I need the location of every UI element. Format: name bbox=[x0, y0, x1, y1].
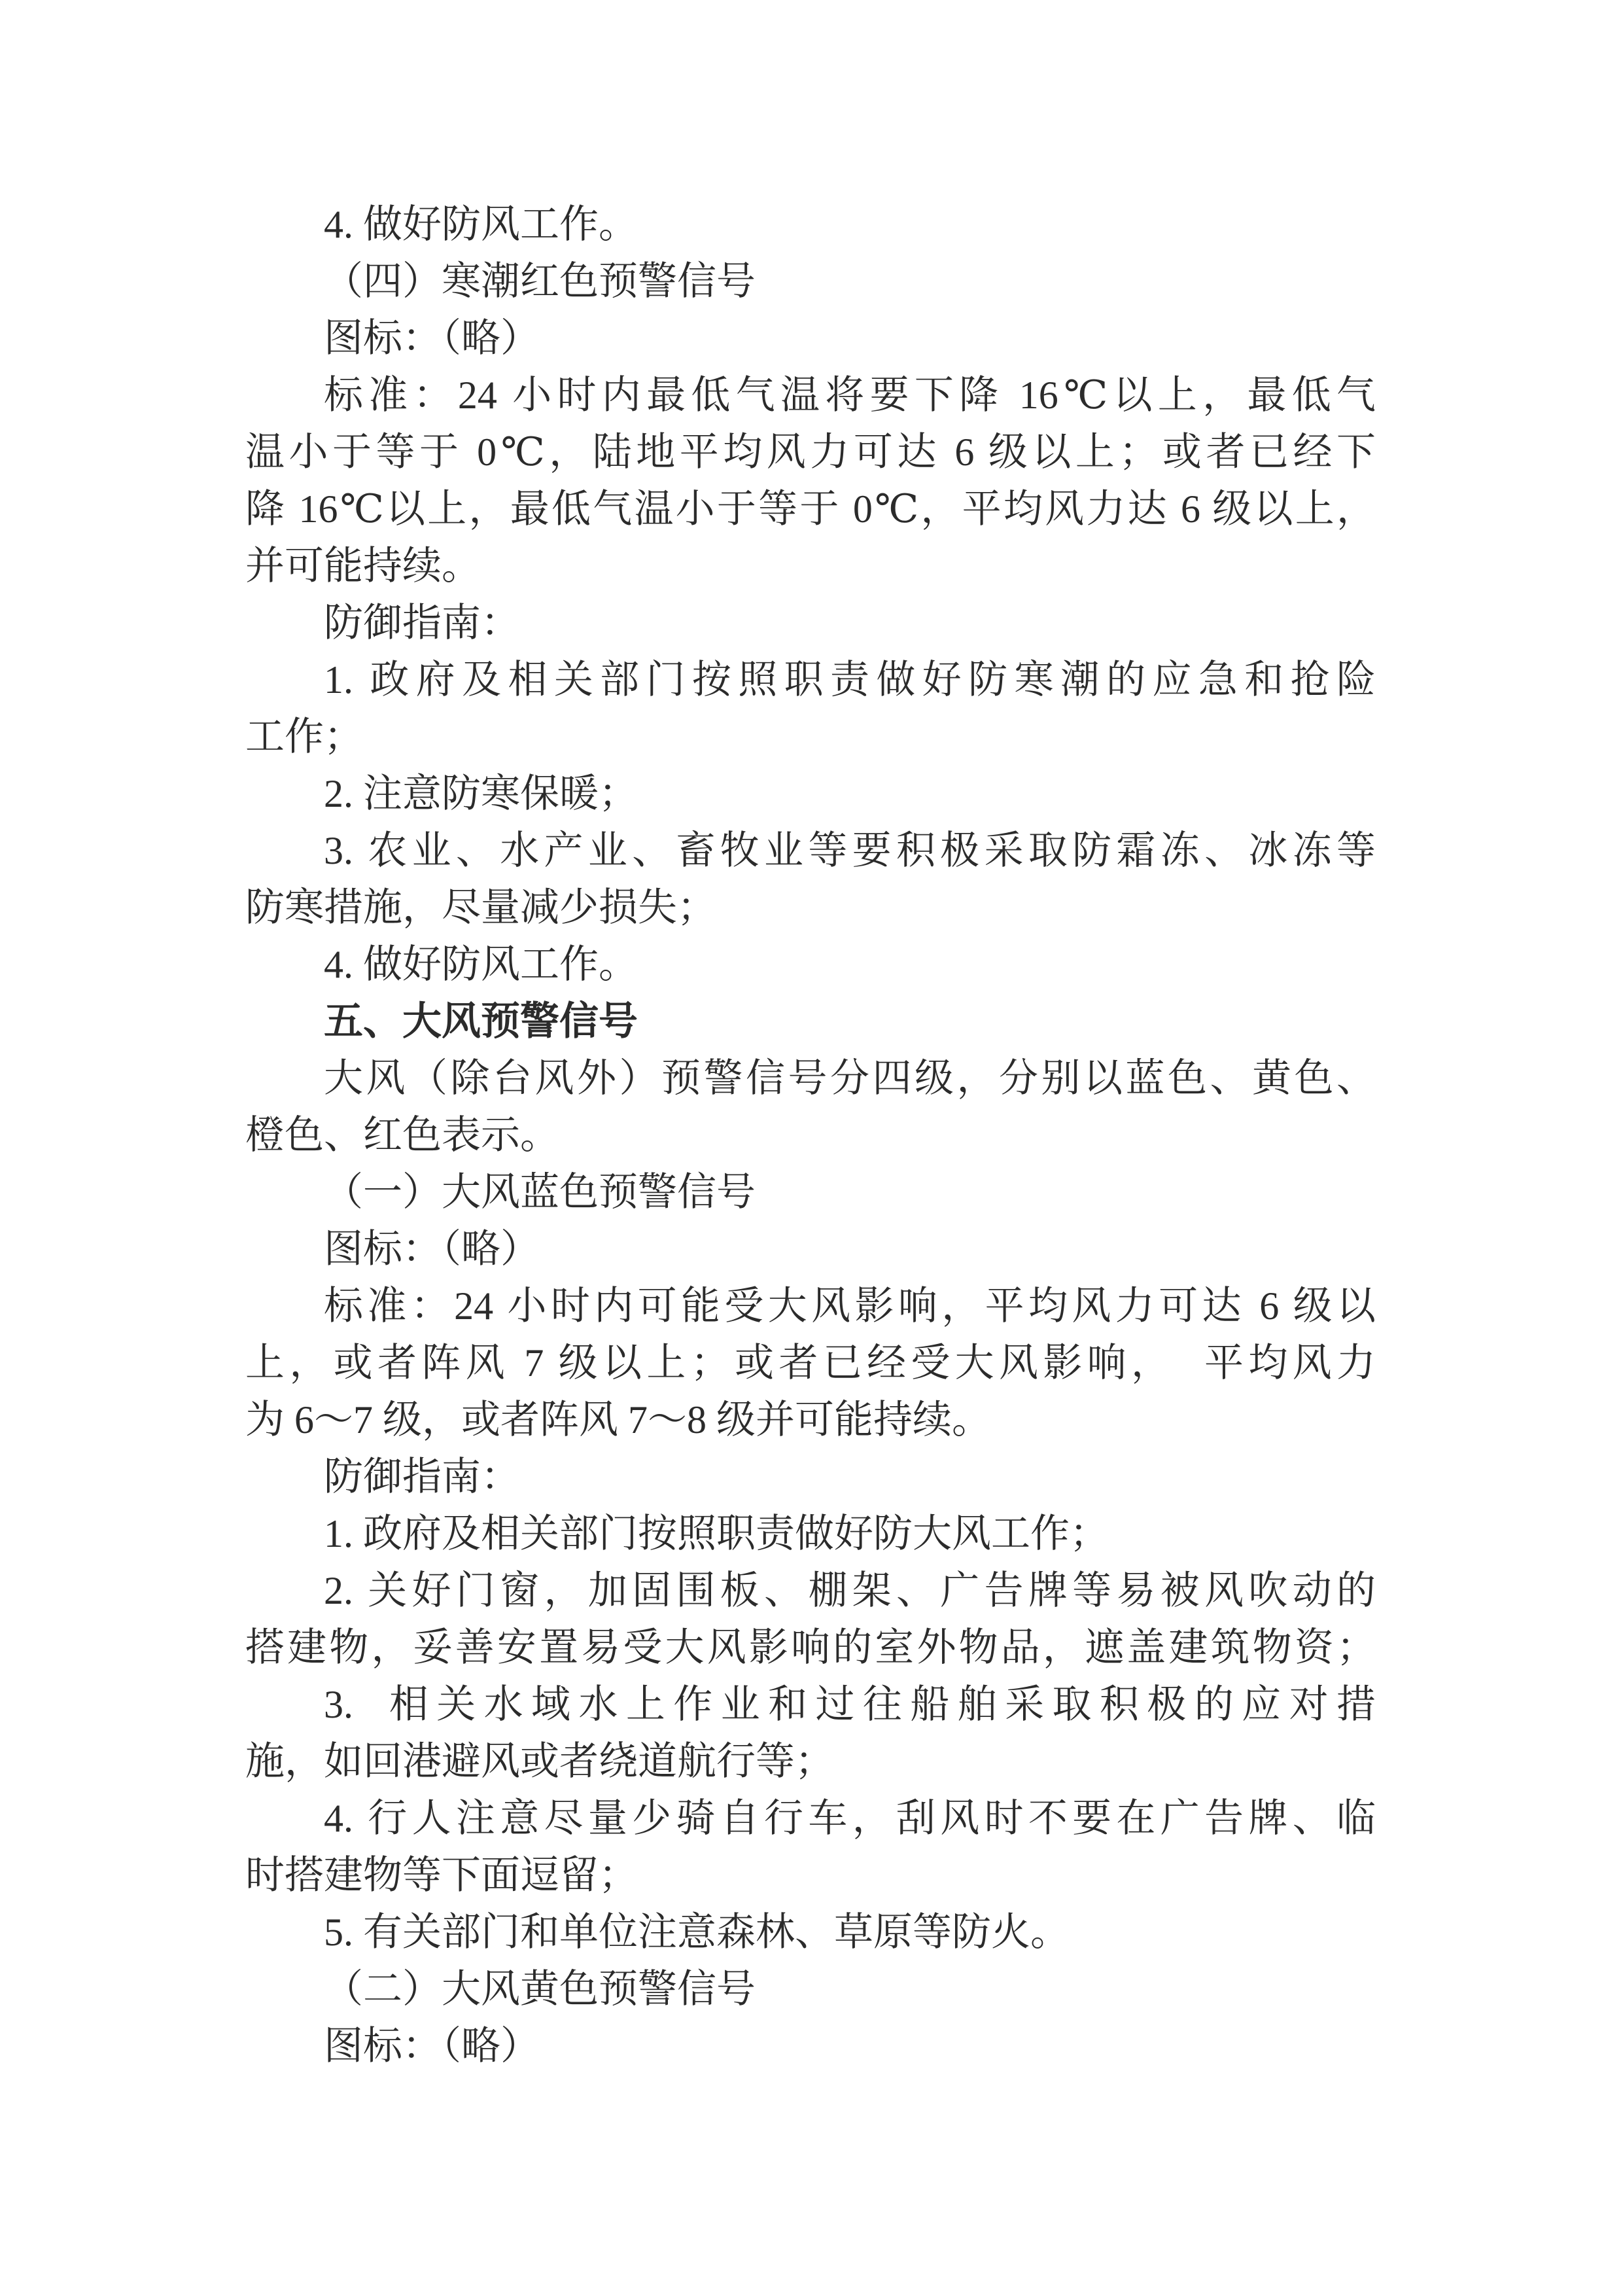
text-line: （四）寒潮红色预警信号 bbox=[245, 253, 1376, 310]
text-line: 1. 政府及相关部门按照职责做好防大风工作； bbox=[245, 1506, 1376, 1563]
text-line: 4. 做好防风工作。 bbox=[245, 196, 1376, 253]
text-line: 3. 农业、水产业、畜牧业等要积极采取防霜冻、冰冻等 bbox=[245, 822, 1376, 879]
text-line: 1. 政府及相关部门按照职责做好防寒潮的应急和抢险 bbox=[245, 652, 1376, 709]
text-line: 降 16℃以上，最低气温小于等于 0℃，平均风力达 6 级以上， bbox=[245, 481, 1376, 538]
text-line: 并可能持续。 bbox=[245, 538, 1376, 595]
text-line: 施，如回港避风或者绕道航行等； bbox=[245, 1733, 1376, 1790]
text-line: 标准：24 小时内可能受大风影响，平均风力可达 6 级以 bbox=[245, 1278, 1376, 1335]
section-heading: 五、大风预警信号 bbox=[245, 993, 1376, 1050]
text-line: 大风（除台风外）预警信号分四级，分别以蓝色、黄色、 bbox=[245, 1050, 1376, 1107]
document-body: 4. 做好防风工作。（四）寒潮红色预警信号图标：（略）标准：24 小时内最低气温… bbox=[245, 196, 1376, 2075]
text-line: 2. 关好门窗，加固围板、棚架、广告牌等易被风吹动的 bbox=[245, 1563, 1376, 1619]
text-line: 橙色、红色表示。 bbox=[245, 1107, 1376, 1164]
text-line: 工作； bbox=[245, 709, 1376, 766]
text-line: 图标：（略） bbox=[245, 1221, 1376, 1278]
text-line: 标准：24 小时内最低气温将要下降 16℃以上，最低气 bbox=[245, 367, 1376, 424]
text-line: 2. 注意防寒保暖； bbox=[245, 766, 1376, 822]
text-line: 为 6～7 级，或者阵风 7～8 级并可能持续。 bbox=[245, 1392, 1376, 1449]
text-line: 温小于等于 0℃，陆地平均风力可达 6 级以上；或者已经下 bbox=[245, 424, 1376, 481]
text-line: 图标：（略） bbox=[245, 310, 1376, 367]
text-line: 图标：（略） bbox=[245, 2018, 1376, 2075]
text-line: 4. 做好防风工作。 bbox=[245, 936, 1376, 993]
text-line: 上，或者阵风 7 级以上；或者已经受大风影响， 平均风力 bbox=[245, 1335, 1376, 1392]
text-line: 防寒措施，尽量减少损失； bbox=[245, 879, 1376, 936]
text-line: 5. 有关部门和单位注意森林、草原等防火。 bbox=[245, 1904, 1376, 1961]
text-line: 防御指南： bbox=[245, 595, 1376, 652]
text-line: 防御指南： bbox=[245, 1449, 1376, 1506]
text-line: 3. 相关水域水上作业和过往船舶采取积极的应对措 bbox=[245, 1676, 1376, 1733]
text-line: （一）大风蓝色预警信号 bbox=[245, 1164, 1376, 1221]
text-line: 时搭建物等下面逗留； bbox=[245, 1847, 1376, 1904]
text-line: 搭建物，妥善安置易受大风影响的室外物品，遮盖建筑物资； bbox=[245, 1619, 1376, 1676]
text-line: （二）大风黄色预警信号 bbox=[245, 1961, 1376, 2018]
text-line: 4. 行人注意尽量少骑自行车，刮风时不要在广告牌、临 bbox=[245, 1790, 1376, 1847]
document-page: 4. 做好防风工作。（四）寒潮红色预警信号图标：（略）标准：24 小时内最低气温… bbox=[0, 0, 1623, 2296]
